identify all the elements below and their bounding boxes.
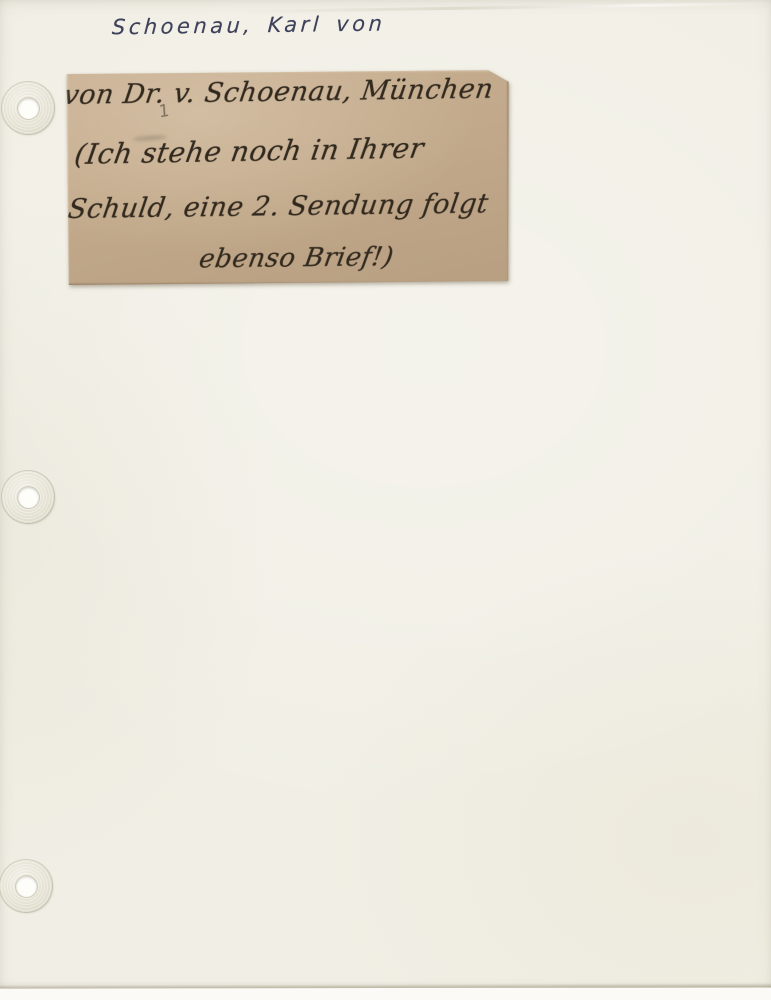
handwritten-header: Schoenau, Karl von [111, 11, 442, 40]
pencil-caret-mark: 1 [158, 101, 170, 123]
punch-hole-reinforcement [2, 471, 54, 523]
clipping-line-1: von Dr. v. Schoenau, München [67, 74, 496, 111]
punch-hole [18, 98, 39, 119]
scanned-document: Schoenau, Karl von von Dr. v. Schoenau, … [0, 0, 771, 1000]
album-page: Schoenau, Karl von von Dr. v. Schoenau, … [0, 0, 771, 988]
clipping-shadow-wrap: von Dr. v. Schoenau, München 1 (Ich steh… [67, 70, 510, 285]
clipping-line-2: (Ich stehe noch in Ihrer [72, 132, 426, 171]
clipping-line-4: ebenso Brief!) [197, 242, 396, 274]
punch-hole [18, 487, 39, 508]
clipping-line-3: Schuld, eine 2. Sendung folgt [67, 188, 491, 225]
glued-paper-clipping: von Dr. v. Schoenau, München 1 (Ich steh… [67, 70, 510, 285]
punch-hole [16, 876, 37, 897]
punch-hole-reinforcement [0, 860, 52, 912]
page-bottom-edge [0, 983, 771, 989]
punch-hole-reinforcement [2, 82, 54, 134]
